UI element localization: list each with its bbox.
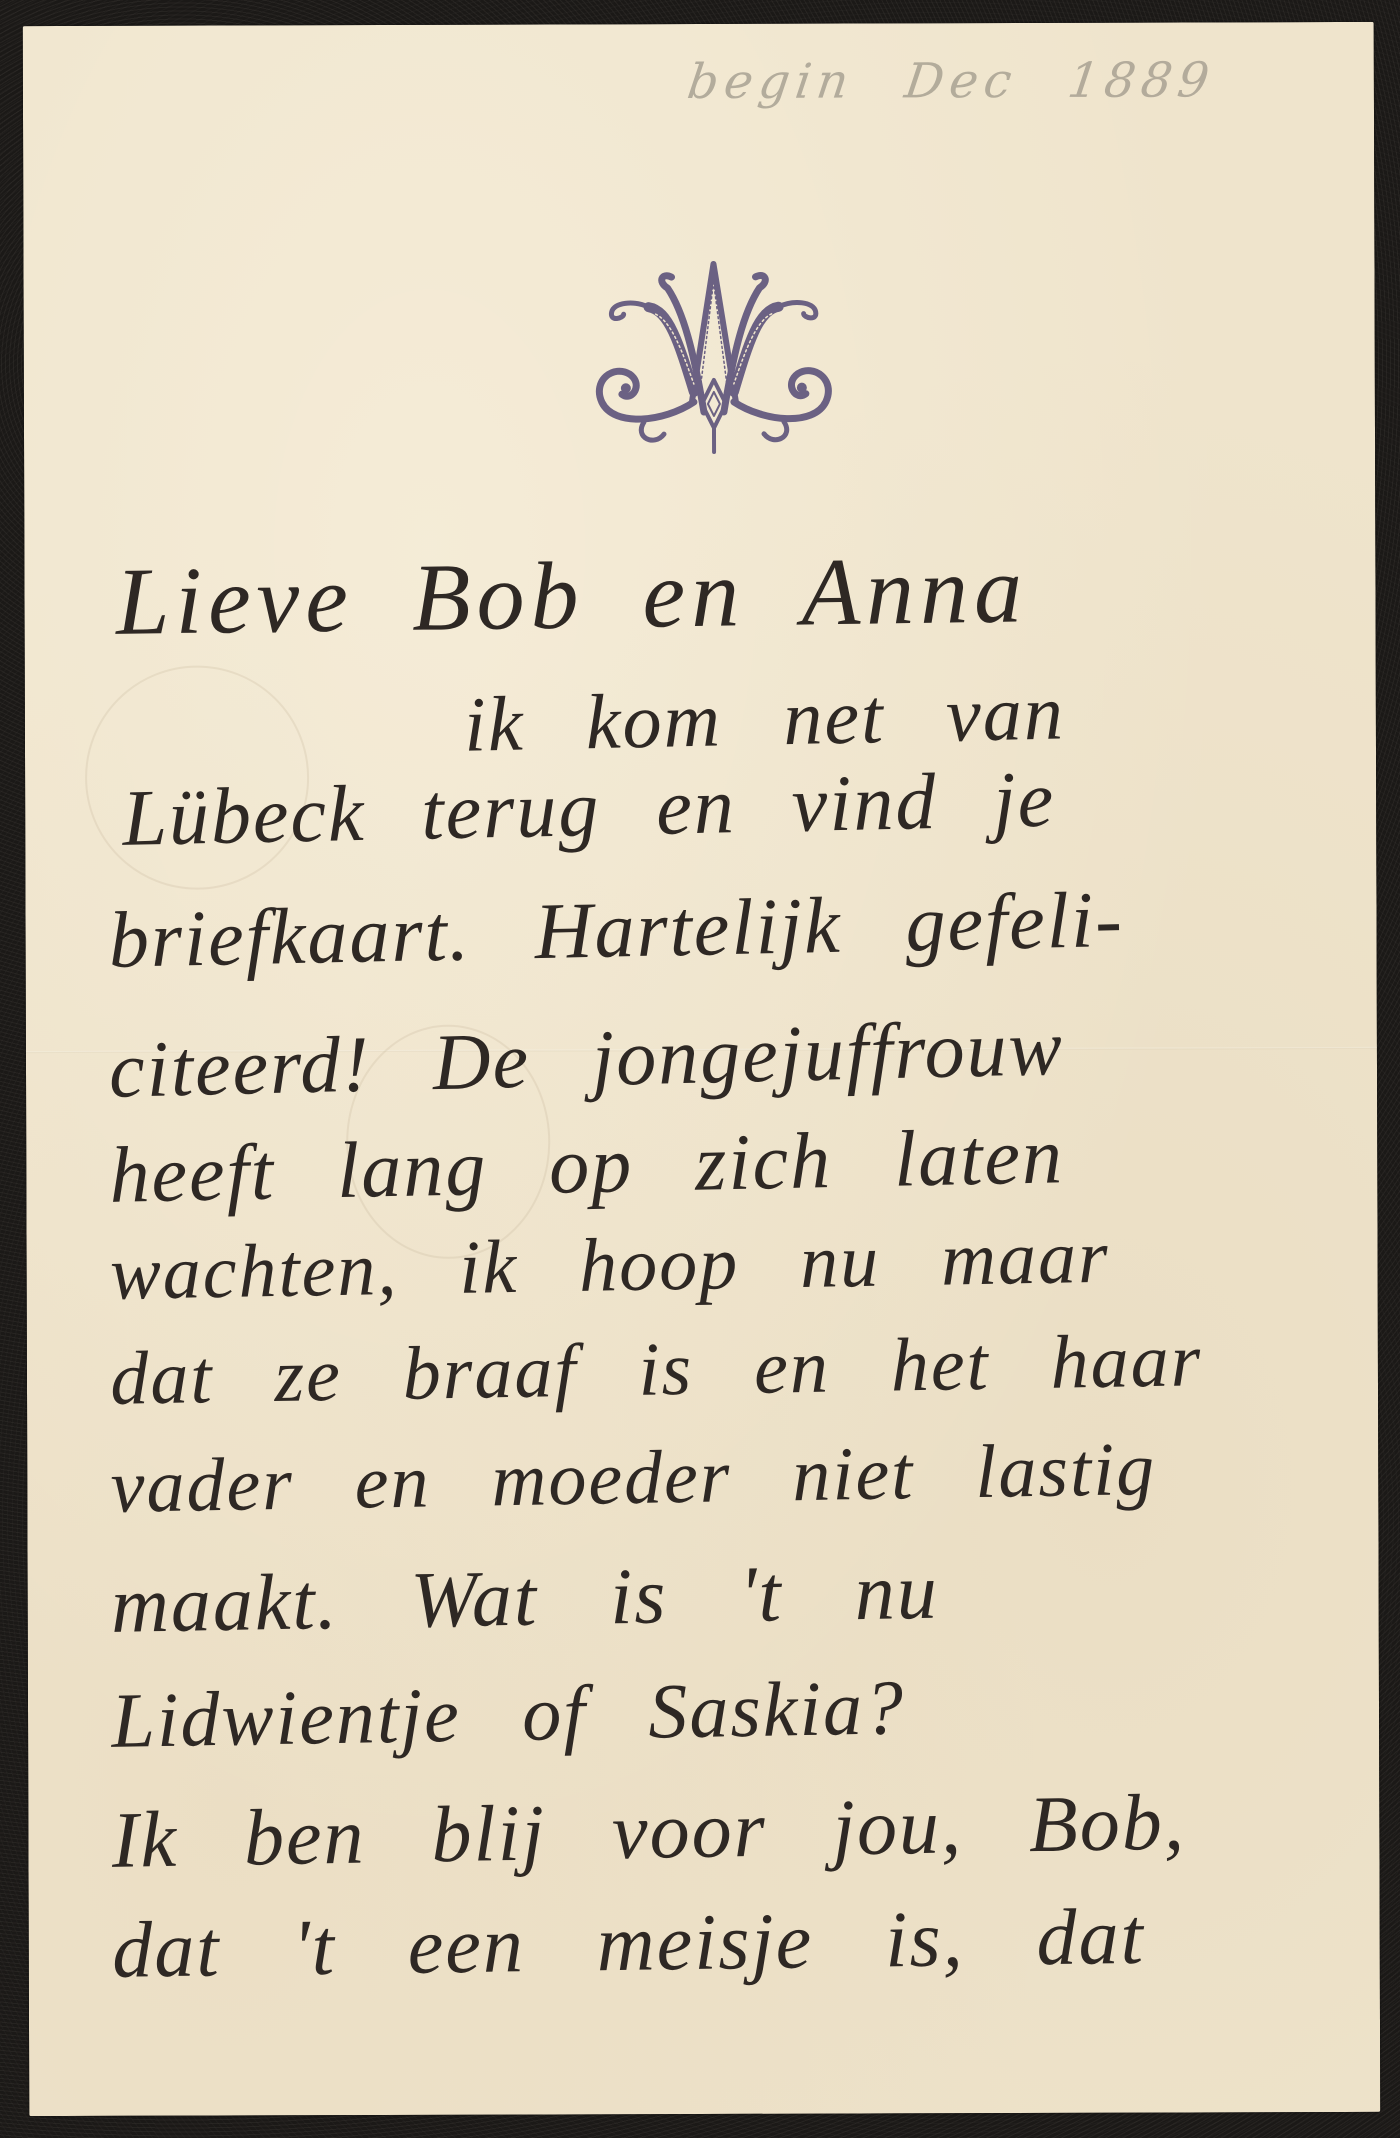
letter-line-8: vader en moeder niet lastig <box>110 1426 1157 1531</box>
letter-line-11: Ik ben blij voor jou, Bob, <box>111 1777 1186 1886</box>
letter-line-12: dat 't een meisje is, dat <box>112 1892 1146 1997</box>
letter-line-9: maakt. Wat is 't nu <box>110 1547 939 1652</box>
letter-line-2: Lübeck terug en vind je <box>121 755 1056 865</box>
letter-line-10: Lidwientje of Saskia? <box>111 1662 906 1766</box>
pencil-date-annotation: begin Dec 1889 <box>684 52 1218 110</box>
letter-line-1: ik kom net van <box>463 667 1065 769</box>
letter-line-4: citeerd! De jongejuffrouw <box>108 1003 1065 1117</box>
letter-line-7: dat ze braaf is en het haar <box>110 1317 1203 1423</box>
letter-line-3: briefkaart. Hartelijk gefeli- <box>108 875 1125 987</box>
monogram-icon <box>583 252 844 458</box>
letter-page: begin Dec 1889 <box>23 22 1381 2116</box>
letter-line-6: wachten, ik hoop nu maar <box>109 1214 1110 1318</box>
letter-salutation: Lieve Bob en Anna <box>115 533 1028 656</box>
letter-line-5: heeft lang op zich laten <box>109 1111 1065 1222</box>
show-through-text <box>87 1486 103 1540</box>
